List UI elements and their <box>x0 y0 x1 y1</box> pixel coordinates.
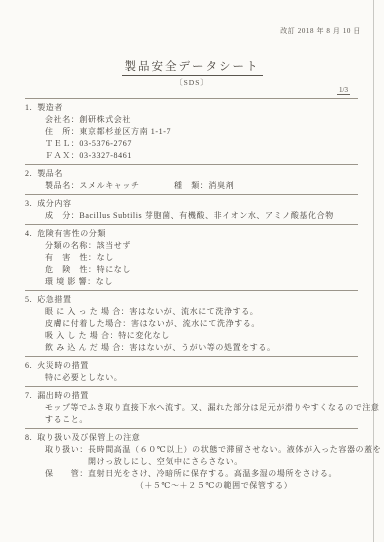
section-line: モップ等でふき取り直接下水へ流す。又、漏れた部分は足元が滑りやすくなるので注意 <box>45 402 358 414</box>
section-manufacturer: 1.製造者 会社名：創研株式会社 住 所：東京都杉並区方南 1-1-7 ＴＥＬ：… <box>25 102 358 162</box>
document-page: 改訂 2018 年 8 月 10 日 製品安全データシート 〔SDS〕 1/3 … <box>0 0 384 542</box>
section-heading: 1.製造者 <box>25 102 358 114</box>
section-leakage-measures: 7.漏出時の措置 モップ等でふき取り直接下水へ流す。又、漏れた部分は足元が滑りや… <box>25 390 358 426</box>
section-line: 危 険 性：特になし <box>45 264 358 276</box>
section-heading: 6.火災時の措置 <box>25 360 358 372</box>
section-heading: 5.応急措置 <box>25 294 358 306</box>
section-lines: 特に必要としない。 <box>25 372 358 384</box>
section-title: 火災時の措置 <box>37 361 89 370</box>
section-title: 製品名 <box>37 169 63 178</box>
section-title: 成分内容 <box>37 199 71 208</box>
section-line: 吸 入 し た 場 合：特に変化なし <box>45 330 358 342</box>
section-title: 漏出時の措置 <box>37 391 89 400</box>
section-handling-storage: 8.取り扱い及び保管上の注意 取り扱い：長時間高温（６０℃以上）の状態で滞留させ… <box>25 432 358 492</box>
document-body: 1.製造者 会社名：創研株式会社 住 所：東京都杉並区方南 1-1-7 ＴＥＬ：… <box>25 96 358 492</box>
section-lines: モップ等でふき取り直接下水へ流す。又、漏れた部分は足元が滑りやすくなるので注意 … <box>25 402 358 426</box>
section-line: ＴＥＬ：03-5376-2767 <box>45 138 358 150</box>
section-number: 5. <box>25 295 32 304</box>
section-divider <box>25 164 358 165</box>
section-line: 眼 に 入 っ た 場 合：害はないが、流水にて洗浄する。 <box>45 306 358 318</box>
section-line: 会社名：創研株式会社 <box>45 114 358 126</box>
section-title: 応急措置 <box>37 295 71 304</box>
section-heading: 3.成分内容 <box>25 198 358 210</box>
document-header: 製品安全データシート 〔SDS〕 <box>0 57 384 88</box>
section-product-name: 2.製品名 製品名：スメルキャッチ 種 類：消臭剤 <box>25 168 358 192</box>
section-line: 有 害 性：なし <box>45 252 358 264</box>
section-lines: 取り扱い：長時間高温（６０℃以上）の状態で滞留させない。液体が入った容器の蓋を … <box>25 444 358 492</box>
section-divider <box>25 224 358 225</box>
section-heading: 4.危険有害性の分類 <box>25 228 358 240</box>
section-divider <box>25 428 358 429</box>
section-divider <box>25 290 358 291</box>
section-line: 保 管：直射日光をさけ、冷暗所に保存する。高温多湿の場所をさける。 <box>45 468 358 480</box>
section-composition: 3.成分内容 成 分：Bacillus Subtilis 芽胞菌、有機酸、非イオ… <box>25 198 358 222</box>
section-hazard-classification: 4.危険有害性の分類 分類の名称：該当せず 有 害 性：なし 危 険 性：特にな… <box>25 228 358 288</box>
section-title: 危険有害性の分類 <box>37 229 106 238</box>
section-line: すること。 <box>45 414 358 426</box>
section-number: 1. <box>25 103 32 112</box>
section-lines: 分類の名称：該当せず 有 害 性：なし 危 険 性：特になし 環 境 影 響：な… <box>25 240 358 288</box>
section-divider <box>25 194 358 195</box>
section-lines: 成 分：Bacillus Subtilis 芽胞菌、有機酸、非イオン水、アミノ酸… <box>25 210 358 222</box>
section-line: 製品名：スメルキャッチ 種 類：消臭剤 <box>45 180 358 192</box>
page-number: 1/3 <box>337 86 350 95</box>
section-line: 成 分：Bacillus Subtilis 芽胞菌、有機酸、非イオン水、アミノ酸… <box>45 210 358 222</box>
section-line: 皮膚に付着した場合：害はないが、流水にて洗浄する。 <box>45 318 358 330</box>
section-first-aid: 5.応急措置 眼 に 入 っ た 場 合：害はないが、流水にて洗浄する。 皮膚に… <box>25 294 358 354</box>
section-title: 取り扱い及び保管上の注意 <box>37 433 140 442</box>
section-number: 6. <box>25 361 32 370</box>
section-divider <box>25 98 358 99</box>
section-line: 特に必要としない。 <box>45 372 358 384</box>
document-title: 製品安全データシート <box>122 58 263 76</box>
section-heading: 2.製品名 <box>25 168 358 180</box>
section-number: 8. <box>25 433 32 442</box>
section-line: 環 境 影 響：なし <box>45 276 358 288</box>
section-line: 飲 み 込 ん だ 場 合：害はないが、うがい等の処置をする。 <box>45 342 358 354</box>
section-number: 7. <box>25 391 32 400</box>
revision-date: 改訂 2018 年 8 月 10 日 <box>280 26 361 36</box>
section-divider <box>25 386 358 387</box>
section-line: 分類の名称：該当せず <box>45 240 358 252</box>
section-number: 3. <box>25 199 32 208</box>
section-number: 4. <box>25 229 32 238</box>
section-line: ＦＡＸ：03-3327-8461 <box>45 150 358 162</box>
section-lines: 製品名：スメルキャッチ 種 類：消臭剤 <box>25 180 358 192</box>
document-subtitle: 〔SDS〕 <box>0 77 384 88</box>
section-lines: 眼 に 入 っ た 場 合：害はないが、流水にて洗浄する。 皮膚に付着した場合：… <box>25 306 358 354</box>
section-fire-measures: 6.火災時の措置 特に必要としない。 <box>25 360 358 384</box>
section-number: 2. <box>25 169 32 178</box>
section-lines: 会社名：創研株式会社 住 所：東京都杉並区方南 1-1-7 ＴＥＬ：03-537… <box>25 114 358 162</box>
section-heading: 7.漏出時の措置 <box>25 390 358 402</box>
section-heading: 8.取り扱い及び保管上の注意 <box>25 432 358 444</box>
section-line: 開けっ放しにし、空気中にさらさない。 <box>45 456 358 468</box>
section-divider <box>25 356 358 357</box>
section-line: 住 所：東京都杉並区方南 1-1-7 <box>45 126 358 138</box>
section-line: （＋５℃～＋２５℃の範囲で保管する） <box>45 480 358 492</box>
section-line: 取り扱い：長時間高温（６０℃以上）の状態で滞留させない。液体が入った容器の蓋を <box>45 444 358 456</box>
section-title: 製造者 <box>37 103 63 112</box>
